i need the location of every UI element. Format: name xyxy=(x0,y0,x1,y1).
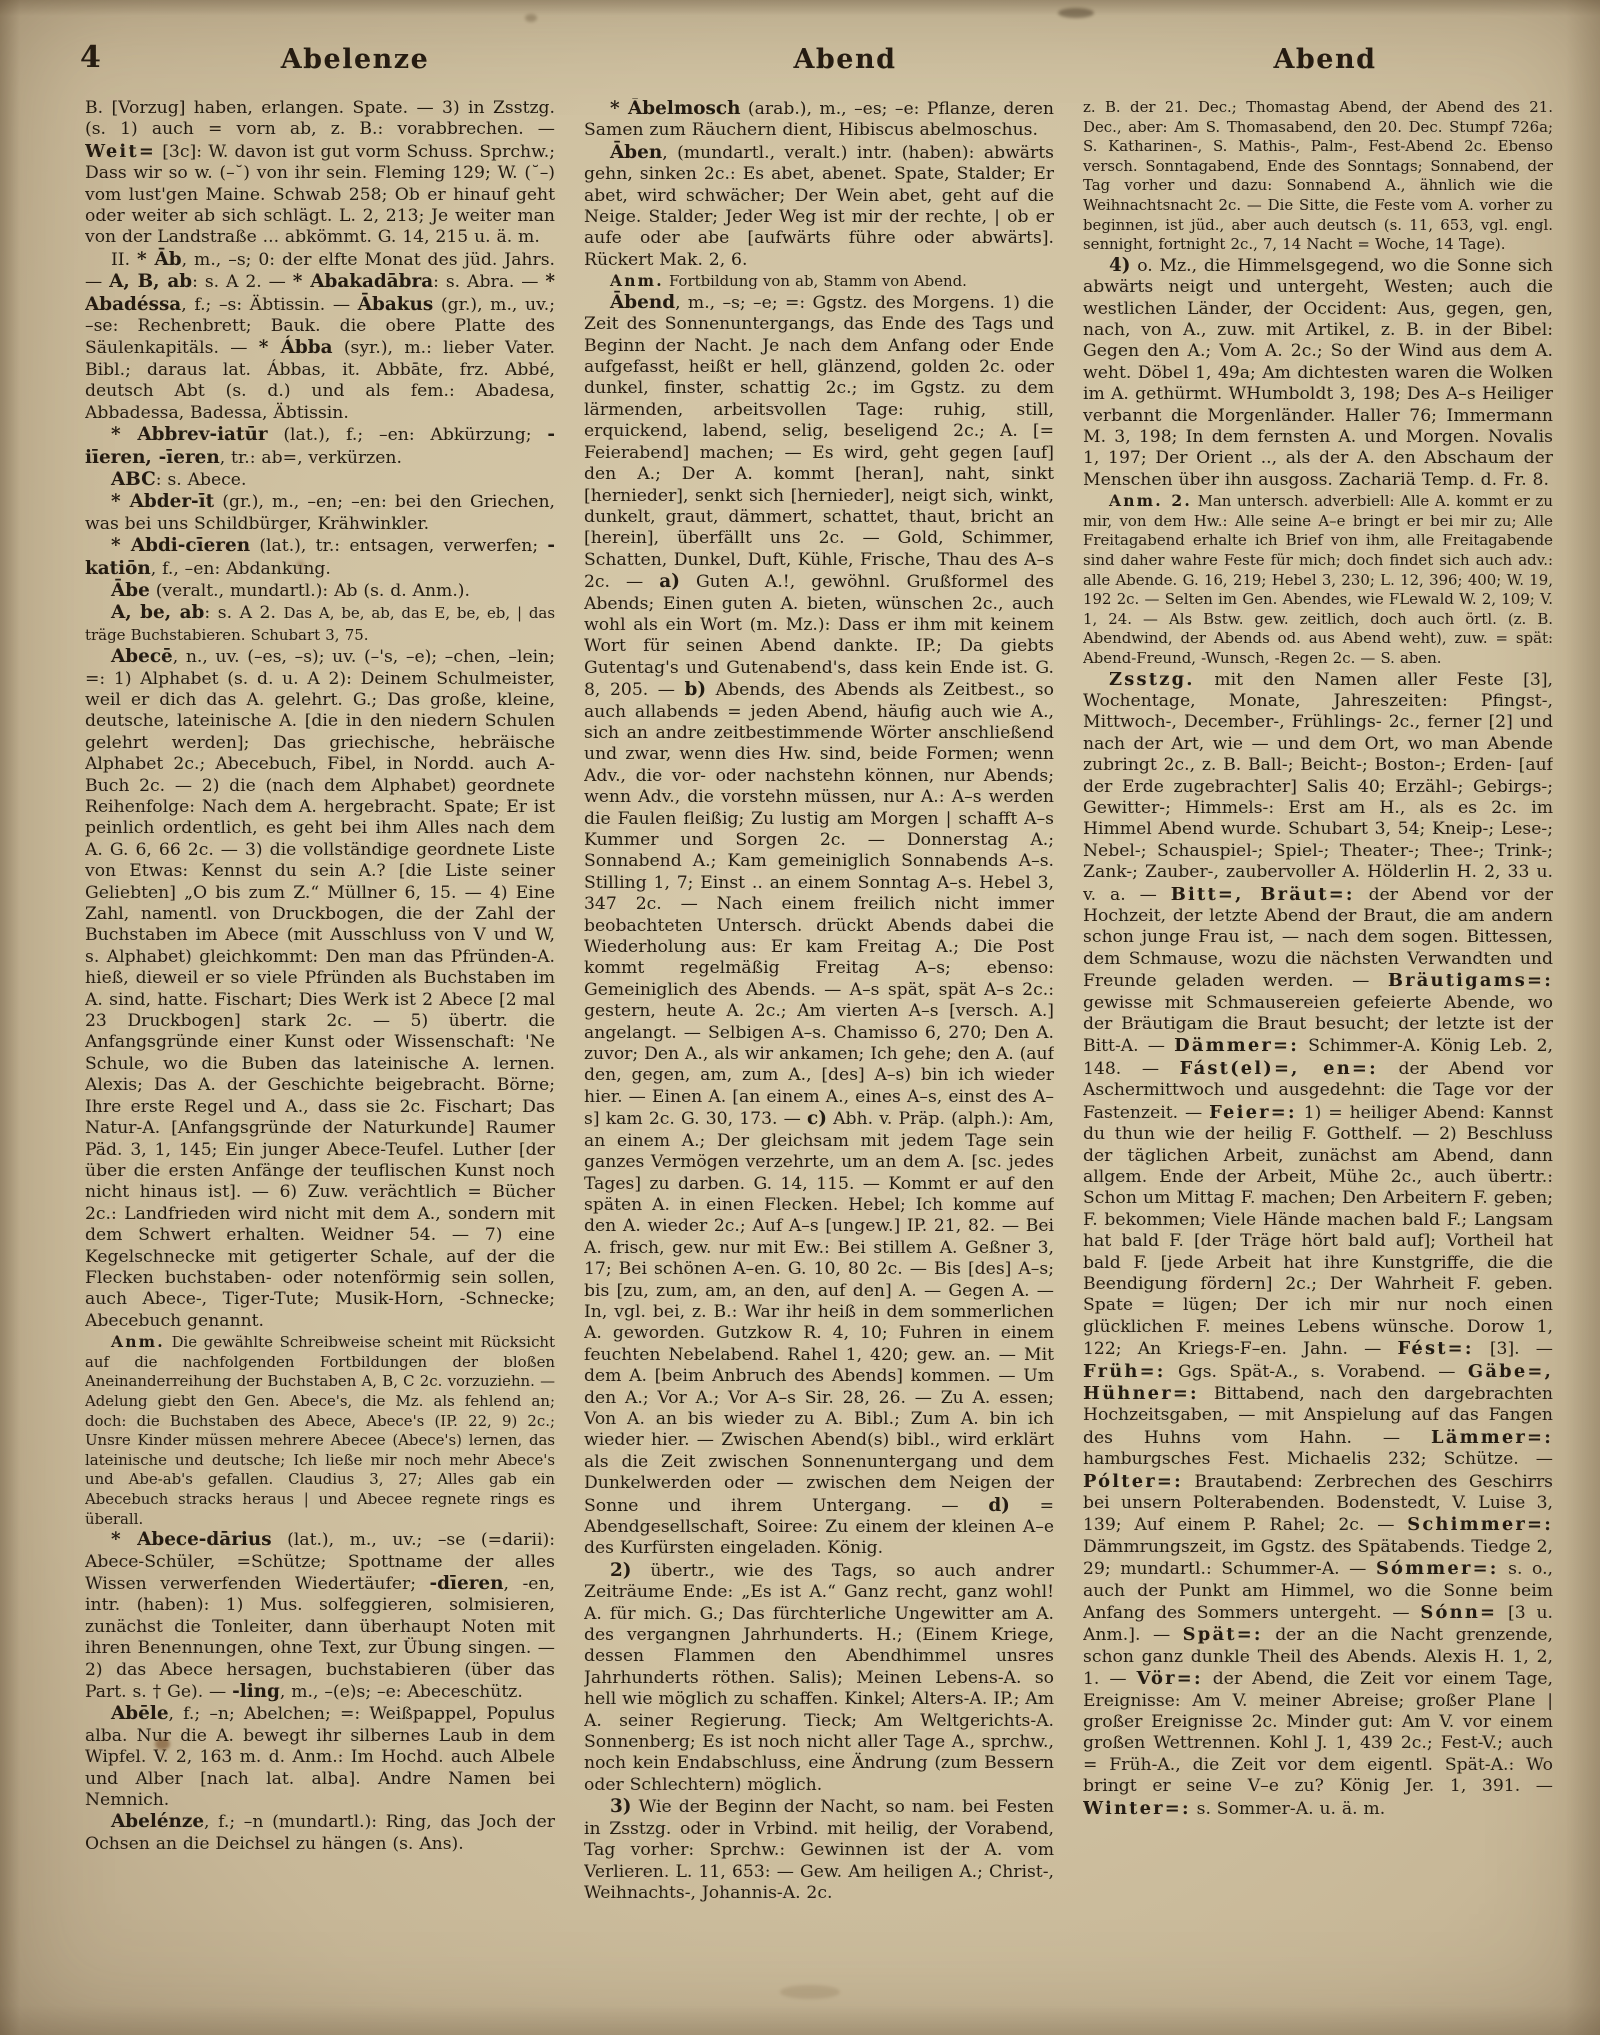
headword: a) xyxy=(659,571,680,592)
entry-text: s. Sommer-A. u. ä. m. xyxy=(1191,1799,1385,1819)
headword: Bitt=, Bräut=: xyxy=(1171,884,1355,905)
headword: 3) xyxy=(610,1796,632,1817)
dictionary-page-scan: 4 Abelenze Abend Abend B. [Vorzug] haben… xyxy=(0,0,1600,2035)
entry-text: (veralt., mundartl.): Ab (s. d. Anm.). xyxy=(150,581,470,601)
headword: b) xyxy=(685,679,707,700)
headword: A, be, ab xyxy=(111,602,204,623)
page-number: 4 xyxy=(80,40,102,75)
headword: Vör=: xyxy=(1137,1668,1203,1689)
entry-text: 1) = heiliger Abend: Kannst du thun wie … xyxy=(1083,1103,1553,1359)
entry-text: Fortbildung von ab, Stamm von Abend. xyxy=(664,272,967,290)
paragraph: Anm. Fortbildung von ab, Stamm von Abend… xyxy=(584,271,1054,292)
paragraph: Anm. In Zsstzg. bleibt Tag weg; der Thom… xyxy=(584,1904,1054,1906)
entry-text: , m., –(e)s; –e: Abeceschütz. xyxy=(280,1682,523,1702)
entry-text: B. [Vorzug] haben, erlangen. Spate. — 3)… xyxy=(85,98,555,139)
headword: Anm. 2. xyxy=(1109,491,1192,510)
entry-text: In Zsstzg. bleibt Tag weg; der Thomastag… xyxy=(664,1905,1008,1906)
headword: Weit= xyxy=(85,141,156,162)
headword: Anm. xyxy=(111,1332,165,1351)
column-3: z. B. der 21. Dec.; Thomastag Abend, der… xyxy=(1083,98,1553,1906)
headword: * Ābelmosch xyxy=(610,98,740,119)
entry-text: o. Mz., die Himmelsgegend, wo die Sonne … xyxy=(1083,256,1553,490)
headword: Bräutigams=: xyxy=(1388,970,1553,991)
page-header: 4 Abelenze Abend Abend xyxy=(0,0,1600,90)
entry-text: Ggs. Spät-A., s. Vorabend. — xyxy=(1166,1362,1468,1382)
headword: -dīeren xyxy=(430,1573,504,1594)
entry-text: [3c]: W. davon ist gut vorm Schuss. Sprc… xyxy=(85,142,555,248)
paragraph: Abēle, f.; –n; Abelchen; =: Weißpappel, … xyxy=(85,1703,555,1811)
headword: Sómmer=: xyxy=(1376,1558,1499,1579)
paragraph: z. B. der 21. Dec.; Thomastag Abend, der… xyxy=(1083,98,1553,255)
running-head-column-1: Abelenze xyxy=(120,44,590,75)
headword: * Āb xyxy=(137,249,182,270)
running-head-column-2: Abend xyxy=(610,44,1080,75)
paragraph: Zsstzg. mit den Namen aller Feste [3], W… xyxy=(1083,669,1553,1821)
entry-text: , f.; –s: Äbtissin. — xyxy=(181,295,357,315)
entry-text: (lat.), f.; –en: Abkürzung; xyxy=(268,425,548,445)
paragraph: 3) Wie der Beginn der Nacht, so nam. bei… xyxy=(584,1796,1054,1904)
headword: * Abdi-cīeren xyxy=(111,535,250,556)
paragraph: Āben, (mundartl., veralt.) intr. (haben)… xyxy=(584,142,1054,271)
paper-stain xyxy=(780,1985,840,1999)
paragraph: * Abbrev-iatūr (lat.), f.; –en: Abkürzun… xyxy=(85,424,555,469)
paragraph: II. * Āb, m., –s; 0: der elfte Monat des… xyxy=(85,249,555,424)
headword: Ābe xyxy=(111,580,150,601)
entry-text: Die gewählte Schreibweise scheint mit Rü… xyxy=(85,1333,555,1527)
headword: 2) xyxy=(610,1560,632,1581)
headword: Zsstzg. xyxy=(1109,669,1195,690)
entry-text: mit den Namen aller Feste [3], Wochentag… xyxy=(1083,670,1553,905)
entry-text: , n., uv. (–es, –s); uv. (–'s, –e); –che… xyxy=(85,647,555,1331)
text-columns: B. [Vorzug] haben, erlangen. Spate. — 3)… xyxy=(85,98,1553,1906)
paragraph: Anm. 2. Man untersch. adverbiell: Alle A… xyxy=(1083,491,1553,668)
headword: c) xyxy=(807,1108,827,1129)
entry-text: Man untersch. adverbiell: Alle A. kommt … xyxy=(1083,492,1553,667)
headword: Dämmer=: xyxy=(1174,1035,1299,1056)
headword: A, B, ab xyxy=(109,271,192,292)
paragraph: * Abdi-cīeren (lat.), tr.: entsagen, ver… xyxy=(85,535,555,580)
headword: Winter=: xyxy=(1083,1798,1191,1819)
headword: Ābend xyxy=(610,292,675,313)
headword: Abecē xyxy=(111,646,173,667)
headword: Spät=: xyxy=(1183,1624,1263,1645)
headword: Feier=: xyxy=(1209,1102,1297,1123)
paragraph: Abelénze, f.; –n (mundartl.): Ring, das … xyxy=(85,1811,555,1855)
headword: Ābakus xyxy=(358,294,434,315)
entry-text: z. B. der 21. Dec.; Thomastag Abend, der… xyxy=(1083,98,1553,253)
paragraph: * Abece-dārius (lat.), m., uv.; –se (=da… xyxy=(85,1529,555,1703)
paragraph: 2) übertr., wie des Tags, so auch andrer… xyxy=(584,1560,1054,1796)
headword: Lämmer=: xyxy=(1431,1427,1553,1448)
paragraph: Anm. Die gewählte Schreibweise scheint m… xyxy=(85,1332,555,1529)
entry-text: Wie der Beginn der Nacht, so nam. bei Fe… xyxy=(584,1797,1054,1903)
entry-text: , tr.: ab=, verkürzen. xyxy=(220,448,402,468)
paragraph: Abecē, n., uv. (–es, –s); uv. (–'s, –e);… xyxy=(85,646,555,1332)
paragraph: * Ābelmosch (arab.), m., –es; –e: Pflanz… xyxy=(584,98,1054,142)
headword: * Abakadābra xyxy=(293,271,433,292)
entry-text: : s. Abece. xyxy=(156,470,247,490)
entry-text: II. xyxy=(111,250,137,270)
column-1: B. [Vorzug] haben, erlangen. Spate. — 3)… xyxy=(85,98,555,1906)
entry-text: : s. A 2. xyxy=(204,603,283,623)
headword: ABC xyxy=(111,469,156,490)
entry-text: Abh. v. Präp. (alph.): Am, an einem A.; … xyxy=(584,1109,1054,1515)
headword: * Ábba xyxy=(259,337,333,358)
column-2: * Ābelmosch (arab.), m., –es; –e: Pflanz… xyxy=(584,98,1054,1906)
headword: Fást(el)=, en=: xyxy=(1180,1058,1378,1079)
headword: Fést=: xyxy=(1397,1338,1473,1359)
headword: Abēle xyxy=(111,1703,169,1724)
paragraph: ABC: s. Abece. xyxy=(85,469,555,491)
paragraph: * Abder-īt (gr.), m., –en; –en: bei den … xyxy=(85,491,555,535)
paragraph: Ābe (veralt., mundartl.): Ab (s. d. Anm.… xyxy=(85,580,555,602)
entry-text: hamburgsches Fest. Michaelis 232; Schütz… xyxy=(1083,1449,1553,1469)
headword: Anm. xyxy=(610,1904,664,1906)
paragraph: 4) o. Mz., die Himmelsgegend, wo die Son… xyxy=(1083,255,1553,491)
headword: * Abbrev-iatūr xyxy=(111,424,268,445)
headword: 4) xyxy=(1109,255,1131,276)
paragraph: A, be, ab: s. A 2. Das A, be, ab, das E,… xyxy=(85,602,555,646)
headword: -ling xyxy=(232,1681,280,1702)
paragraph: B. [Vorzug] haben, erlangen. Spate. — 3)… xyxy=(85,98,555,249)
paragraph: Ābend, m., –s; –e; =: Ggstz. des Morgens… xyxy=(584,292,1054,1560)
entry-text: übertr., wie des Tags, so auch andrer Ze… xyxy=(584,1561,1054,1795)
entry-text: : s. A 2. — xyxy=(192,272,293,292)
entry-text: , m., –s; –e; =: Ggstz. des Morgens. 1) … xyxy=(584,293,1054,592)
entry-text: [3]. — xyxy=(1474,1339,1553,1359)
headword: Früh=: xyxy=(1083,1361,1166,1382)
headword: d) xyxy=(988,1495,1010,1516)
headword: Schimmer=: xyxy=(1407,1514,1553,1535)
headword: Sónn= xyxy=(1420,1602,1497,1623)
headword: Abelénze xyxy=(111,1811,204,1832)
entry-text: : s. Abra. — xyxy=(433,272,545,292)
entry-text: , f., –en: Abdankung. xyxy=(151,559,331,579)
headword: Pólter=: xyxy=(1083,1471,1183,1492)
entry-text: (lat.), tr.: entsagen, verwerfen; xyxy=(250,536,547,556)
headword: Anm. xyxy=(610,271,664,290)
headword: Āben xyxy=(610,142,662,163)
running-head-column-3: Abend xyxy=(1090,44,1560,75)
headword: * Abece-dārius xyxy=(111,1529,272,1550)
entry-text: Abends, des Abends als Zeitbest., so auc… xyxy=(584,680,1054,1129)
headword: * Abder-īt xyxy=(111,491,214,512)
